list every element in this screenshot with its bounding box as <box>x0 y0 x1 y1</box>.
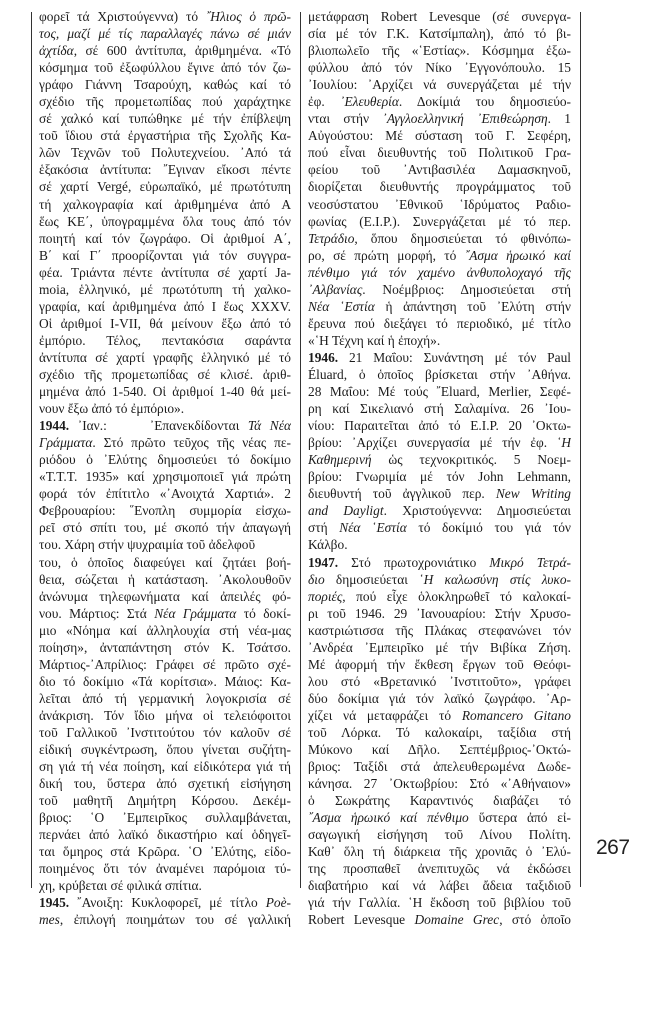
text-line: Β΄ καί Γ΄ προορίζονται γιά τόν συγγρα- <box>39 247 291 264</box>
text-line: βρίου: Γνωριμία μέ τόν John Lehmann, <box>308 468 571 485</box>
text-line: εἰδική συγκέντρωση, ὅπου γίνεται συζήτη- <box>39 741 291 758</box>
text-line: νου. Μάρτιος: Στά Νέα Γράμματα τό δοκί- <box>39 605 291 622</box>
text-line: διορίζεται διευθυντής προγράμματος τοῦ <box>308 178 571 195</box>
text-line: περνάει ἀπό λαϊκό δικαστήριο καί ὁδηγεῖ- <box>39 826 291 843</box>
text-line: Αὐγούστου: Μέ σύσταση τοῦ Γ. Σεφέρη, <box>308 127 571 144</box>
text-line: βριος: ῾Ο ᾿Εμπειρῖκος συλλαμβάνεται, <box>39 809 291 826</box>
column-rule-left <box>31 12 32 888</box>
text-line: μετάφραση Robert Levesque (σέ συνεργα- <box>308 8 571 25</box>
text-line: λῶν Τεχνῶν τοῦ Πολυτεχνείου. ᾿Από τά <box>39 144 291 161</box>
text-line: λου στό «Βρετανικό ᾿Ινστιτοῦτο», γράφει <box>308 673 571 690</box>
text-line: Νέα ῾Εστία ἡ ἀπάντηση τοῦ ᾿Ελύτη στήν <box>308 298 571 315</box>
column-rule-middle <box>300 12 301 888</box>
left-text-column: φορεῖ τά Χριστούγεννα) τό ῎Ηλιος ὁ πρῶ-τ… <box>39 8 291 929</box>
text-line: γιά τήν Γαλλία. ῾Η ἔκδοση τοῦ βιβλίου το… <box>308 894 571 911</box>
text-line: ρεῖ στό σπίτι του, μέ σκοπό τήν ἀπαγωγή <box>39 519 291 536</box>
text-line: Φεβρουαρίου: ῞Ενοπλη συμμορία εἰσχω- <box>39 502 291 519</box>
text-line: τος, μαζί μέ τίς παραλλαγές πάνω σέ μιάν <box>39 25 291 42</box>
text-line: Τετράδιο, ὅπου δημοσιεύεται τό φθινόπω- <box>308 230 571 247</box>
text-line: φείου τοῦ ᾿Αντιβασιλέα Δαμασκηνοῦ, <box>308 161 571 178</box>
text-line: τοῦ μαθητῆ Δημήτρη Κόρσου. Δεκέμ- <box>39 792 291 809</box>
text-line: βρίου: ᾿Αρχίζει συνεργασία μέ τήν ἐφ. ῾Η <box>308 434 571 451</box>
text-line: κόσμημα τοῦ ἐξωφύλλου ἔγινε ἀπό τόν ζω- <box>39 59 291 76</box>
text-line: ᾿Ιουλίου: ᾿Αρχίζει νά συνεργάζεται μέ τή… <box>308 76 571 93</box>
text-line: νται στήν ᾿Αγγλοελληνική ᾿Επιθεώρηση. 1 <box>308 110 571 127</box>
text-line: «῾Η Τέχνη καί ἡ ἐποχή». <box>308 332 571 349</box>
text-line: σέ χαρτί Vergé, εὐρωπαϊκό, μέ πρωτότυπη <box>39 178 291 195</box>
text-line: Robert Levesque Domaine Grec, στό ὁποῖο <box>308 911 571 928</box>
text-line: στή Νέα ῾Εστία τό δοκίμιό του γιά τόν <box>308 519 571 536</box>
text-line: του. Χάρη στήν ψυχραιμία τοῦ ἀδελφοῦ <box>39 536 291 553</box>
text-line: τοῦ Λόρκα. Τό καλοκαίρι, ταξίδια στή <box>308 724 571 741</box>
text-line: Μύκονο καί Δῆλο. Σεπτέμβριος-᾿Οκτώ- <box>308 741 571 758</box>
text-line: δύο δοκίμια γιά τόν λαϊκό ζωγράφο. ᾿Αρ- <box>308 690 571 707</box>
text-line: χη, κρύβεται σέ φιλικά σπίτια. <box>39 877 291 894</box>
text-line: σαγωγική εἰσήγηση τοῦ Λίνου Πολίτη. <box>308 826 571 843</box>
text-line: ἐφ. ᾿Ελευθερία. Δοκίμιά του δημοσιεύο- <box>308 93 571 110</box>
text-line: μιο «Νόημα καί ἀλληλουχία στή νέα-μας <box>39 622 291 639</box>
text-line: τή χαλκογραφία καί ἀριθμημένα ἀπό Α <box>39 196 291 213</box>
text-line: «Τ.Τ.Τ. 1935» καί χρησιμοποιεῖ γιά πρώτη <box>39 468 291 485</box>
text-line: σχέδιο τῆς προμετωπίδας σέ κλισέ. ἀριθ- <box>39 366 291 383</box>
text-line: ἕως ΚΕ΄, ὑπογραμμένα ὅλα τους ἀπό τόν <box>39 213 291 230</box>
text-line: ρι τοῦ 1946. 29 ᾿Ιανουαρίου: Στήν Χρυσο- <box>308 605 571 622</box>
right-text-column: μετάφραση Robert Levesque (σέ συνεργα-σί… <box>308 8 571 929</box>
text-line: γράφο Γιάννη Τσαρούχη, καθώς καί τό <box>39 76 291 93</box>
text-line: διο δημοσιεύεται ῾Η καλωσύνη στίς λυκο- <box>308 571 571 588</box>
page-number: 267 <box>596 836 630 860</box>
text-line: πένθιμο γιά τόν χαμένο ἀνθυπολοχαγό τῆς <box>308 264 571 281</box>
text-line: ᾿Αλβανίας. Νοέμβριος: Δημοσιεύεται στή <box>308 281 571 298</box>
text-line: ται ὅμηρος στά Κρῶρα. ῾Ο ᾿Ελύτης, εἰδο- <box>39 843 291 860</box>
text-line: Μάρτιος-᾿Απρίλιος: Γράφει σέ πρῶτο σχέ- <box>39 656 291 673</box>
text-line: ᾿Ανδρέα ᾿Εμπειρῖκο μέ τήν Βιβίκα Ζήση. <box>308 639 571 656</box>
text-line: 1946. 21 Μαΐου: Συνάντηση μέ τόν Paul <box>308 349 571 366</box>
text-line: κάνησα. 27 ᾿Οκτωβρίου: Στό «᾿Αθήναιον» <box>308 775 571 792</box>
text-line: φορά τόν ἐπίτιτλο «᾿Ανοιχτά Χαρτιά». 2 <box>39 485 291 502</box>
text-line: Γράμματα. Στό πρῶτο τεῦχος τῆς νέας πε- <box>39 434 291 451</box>
text-line: διευθυντή τοῦ ἀγγλικοῦ περ. New Writing <box>308 485 571 502</box>
text-line: ἀχτίδα, σέ 600 ἀντίτυπα, ἀριθμημένα. «Τό <box>39 42 291 59</box>
text-line: ἐμπόριο. Τέλος, πεντακόσια σαράντα <box>39 332 291 349</box>
text-line: ση γιά τή νέα ποίηση, καί εἰδικότερα γιά… <box>39 758 291 775</box>
text-line: μημένα ἀπό 1-540. Οἱ ἀριθμοί 1-40 θά μεί… <box>39 383 291 400</box>
text-line: φορεῖ τά Χριστούγεννα) τό ῎Ηλιος ὁ πρῶ- <box>39 8 291 25</box>
text-line: ρη καί Σικελιανό στή Σαλαμίνα. 26 ᾿Ιου- <box>308 400 571 417</box>
text-line: νουν ἔξω ἀπό τό ἐμπόριο». <box>39 400 291 417</box>
text-line: ἀνάκριση. Τόν ἴδιο μήνα οἱ τελειόφοιτοι <box>39 707 291 724</box>
text-line: Καθημερινή ὡς τεχνοκριτικός. 5 Νοεμ- <box>308 451 571 468</box>
text-line: Éluard, ὁ ὁποῖος βρίσκεται στήν ᾿Αθήνα. <box>308 366 571 383</box>
text-line: βριος: Ταξίδι στά ἀπελευθερωμένα Δωδε- <box>308 758 571 775</box>
text-line: βλιοπωλεῖο τῆς «῾Εστίας». Κόσμημα ἐξω- <box>308 42 571 59</box>
text-line: 1945. ῎Ανοιξη: Κυκλοφορεῖ, μέ τίτλο Poè- <box>39 894 291 911</box>
text-line: ἑξακόσια ἀντίτυπα: ῎Εγιναν εἴκοσι πέντε <box>39 161 291 178</box>
text-line: διο τό δοκίμιο «Τά κορίτσια». Μάιος: Κα- <box>39 673 291 690</box>
text-line: ποίηση», ἀνταπάντηση στόν Κ. Τσάτσο. <box>39 639 291 656</box>
text-line: Καθ᾿ ὅλη τή διάρκεια τῆς χρονιᾶς ὁ ᾿Ελύ- <box>308 843 571 860</box>
text-line: Οἱ ἀριθμοί I-VII, θά μείνουν ἔξω ἀπό τό <box>39 315 291 332</box>
text-line: δική του, ὕστερα ἀπό σχετική εἰσήγηση <box>39 775 291 792</box>
text-line: ἔρευνα πού διεξάγει τό περιοδικό, μέ τίτ… <box>308 315 571 332</box>
text-line: σία μέ τόν Γ.Κ. Κατσίμπαλη), ἀπό τό βι- <box>308 25 571 42</box>
text-line: and Dayligt. Χριστούγεννα: Δημοσιεύεται <box>308 502 571 519</box>
text-line: ποιητή καί τόν ζωγράφο. Οἱ ἀριθμοί Α΄, <box>39 230 291 247</box>
text-line: ἀνώνυμα τηλεφωνήματα καί ἀπειλές φό- <box>39 588 291 605</box>
text-line: Κάλβο. <box>308 536 571 553</box>
text-line: λεῖται ἀπό τή γερμανική λογοκρισία σέ <box>39 690 291 707</box>
text-line: ῎Ασμα ἡρωικό καί πένθιμο ὕστερα ἀπό εἰ- <box>308 809 571 826</box>
text-line: 1947. Στό πρωτοχρονιάτικο Μικρό Τετρά- <box>308 554 571 571</box>
text-line: ρο, σέ πρώτη μορφή, τό ῎Ασμα ἡρωικό καί <box>308 247 571 264</box>
text-line: φύλλου ἀπό τόν Νίκο ᾿Εγγονόπουλο. 15 <box>308 59 571 76</box>
text-line: 28 Μαΐου: Μέ τούς ῎Eluard, Merlier, Σεφέ… <box>308 383 571 400</box>
text-line: moia, ἑλληνικό, μέ πρωτότυπη τή χαλκο- <box>39 281 291 298</box>
text-line: ἀντίτυπα σέ χαρτί γραφῆς ἑλληνικό μέ τό <box>39 349 291 366</box>
text-line: τοῦ Γαλλικοῦ ᾿Ινστιτούτου τόν καλοῦν σέ <box>39 724 291 741</box>
text-line: νίου: Παραιτεῖται ἀπό τό Ε.Ι.Ρ. 20 ᾿Οκτω… <box>308 417 571 434</box>
text-line: σχέδιο τῆς προμετωπίδας πού χαράχτηκε <box>39 93 291 110</box>
text-line: ριόδου ὁ ᾿Ελύτης δημοσιεύει τό δοκίμιο <box>39 451 291 468</box>
text-line: mes, ἐπιλογή ποιημάτων του σέ γαλλική <box>39 911 291 928</box>
text-line: ποιημένος ὅτι τόν ἀναμένει παρόμοια τύ- <box>39 860 291 877</box>
text-line: καστριώτισσα τῆς Πλάκας στεφανώνει τόν <box>308 622 571 639</box>
text-line: φωνίας (Ε.Ι.Ρ.). Συνεργάζεται μέ τό περ. <box>308 213 571 230</box>
text-line: νεοσύστατου ᾿Εθνικοῦ ῾Ιδρύματος Ραδιο- <box>308 196 571 213</box>
text-line: θεια, σώζεται ἡ κατάσταση. ᾿Ακολουθοῦν <box>39 571 291 588</box>
text-line: ποριές, πού εἶχε ὁλοκληρωθεῖ τό καλοκαί- <box>308 588 571 605</box>
text-line: διαβατήριο καί νά λάβει ἄδεια ταξιδιοῦ <box>308 877 571 894</box>
text-line: χίζει νά μεταφράζει τό Romancero Gitano <box>308 707 571 724</box>
column-rule-right <box>580 12 581 887</box>
text-line: του, ὁ ὁποῖος διαφεύγει καί ζητάει βοή- <box>39 554 291 571</box>
text-line: τοῦ ἴδιου στά ἐργαστήρια τῆς Σχολῆς Κα- <box>39 127 291 144</box>
text-line: Μέ ἀφορμή τήν ἔκθεση ἔργων τοῦ Θεόφι- <box>308 656 571 673</box>
text-line: της προσπαθεῖ ἀνεπιτυχῶς νά ἐκδώσει <box>308 860 571 877</box>
text-line: φέα. Τριάντα πέντε ἀντίτυπα σέ χαρτί Ja- <box>39 264 291 281</box>
text-line: πού εἶναι διευθυντής τοῦ Πολιτικοῦ Γρα- <box>308 144 571 161</box>
text-line: 1944. ᾿Ιαν.: ᾿Επανεκδίδονται Τά Νέα <box>39 417 291 434</box>
text-line: σέ χαλκό καί τυπώθηκε μέ τήν ἐπίβλεψη <box>39 110 291 127</box>
text-line: γραφία, καί ἀριθμημένα ἀπό Ι ἕως XXXV. <box>39 298 291 315</box>
text-line: ὁ Σωκράτης Καραντινός διαβάζει τό <box>308 792 571 809</box>
